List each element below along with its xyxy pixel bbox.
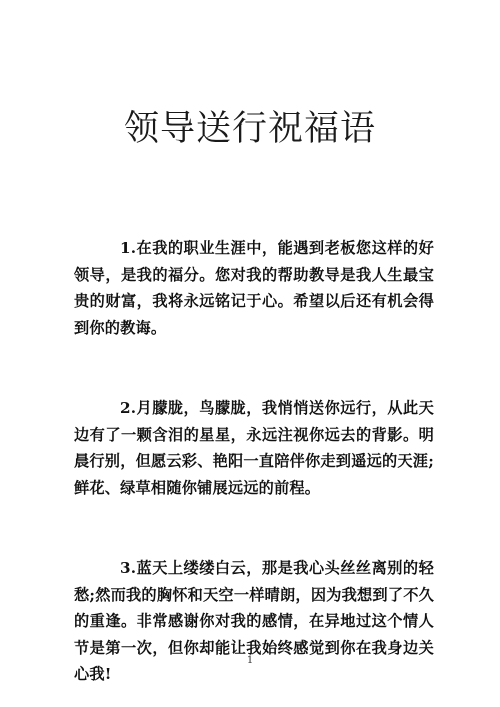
paragraph-2: 2.月朦胧，鸟朦胧，我悄悄送你远行，从此天边有了一颗含泪的星星，永远注视你远去的… bbox=[74, 395, 434, 501]
document-title: 领导送行祝福语 bbox=[0, 107, 500, 151]
paragraph-1: 1.在我的职业生涯中，能遇到老板您这样的好领导，是我的福分。您对我的帮助教导是我… bbox=[74, 235, 434, 341]
page-number: 1 bbox=[0, 655, 500, 666]
paragraph-3: 3.蓝天上缕缕白云，那是我心头丝丝离别的轻愁;然而我的胸怀和天空一样晴朗，因为我… bbox=[74, 555, 434, 688]
